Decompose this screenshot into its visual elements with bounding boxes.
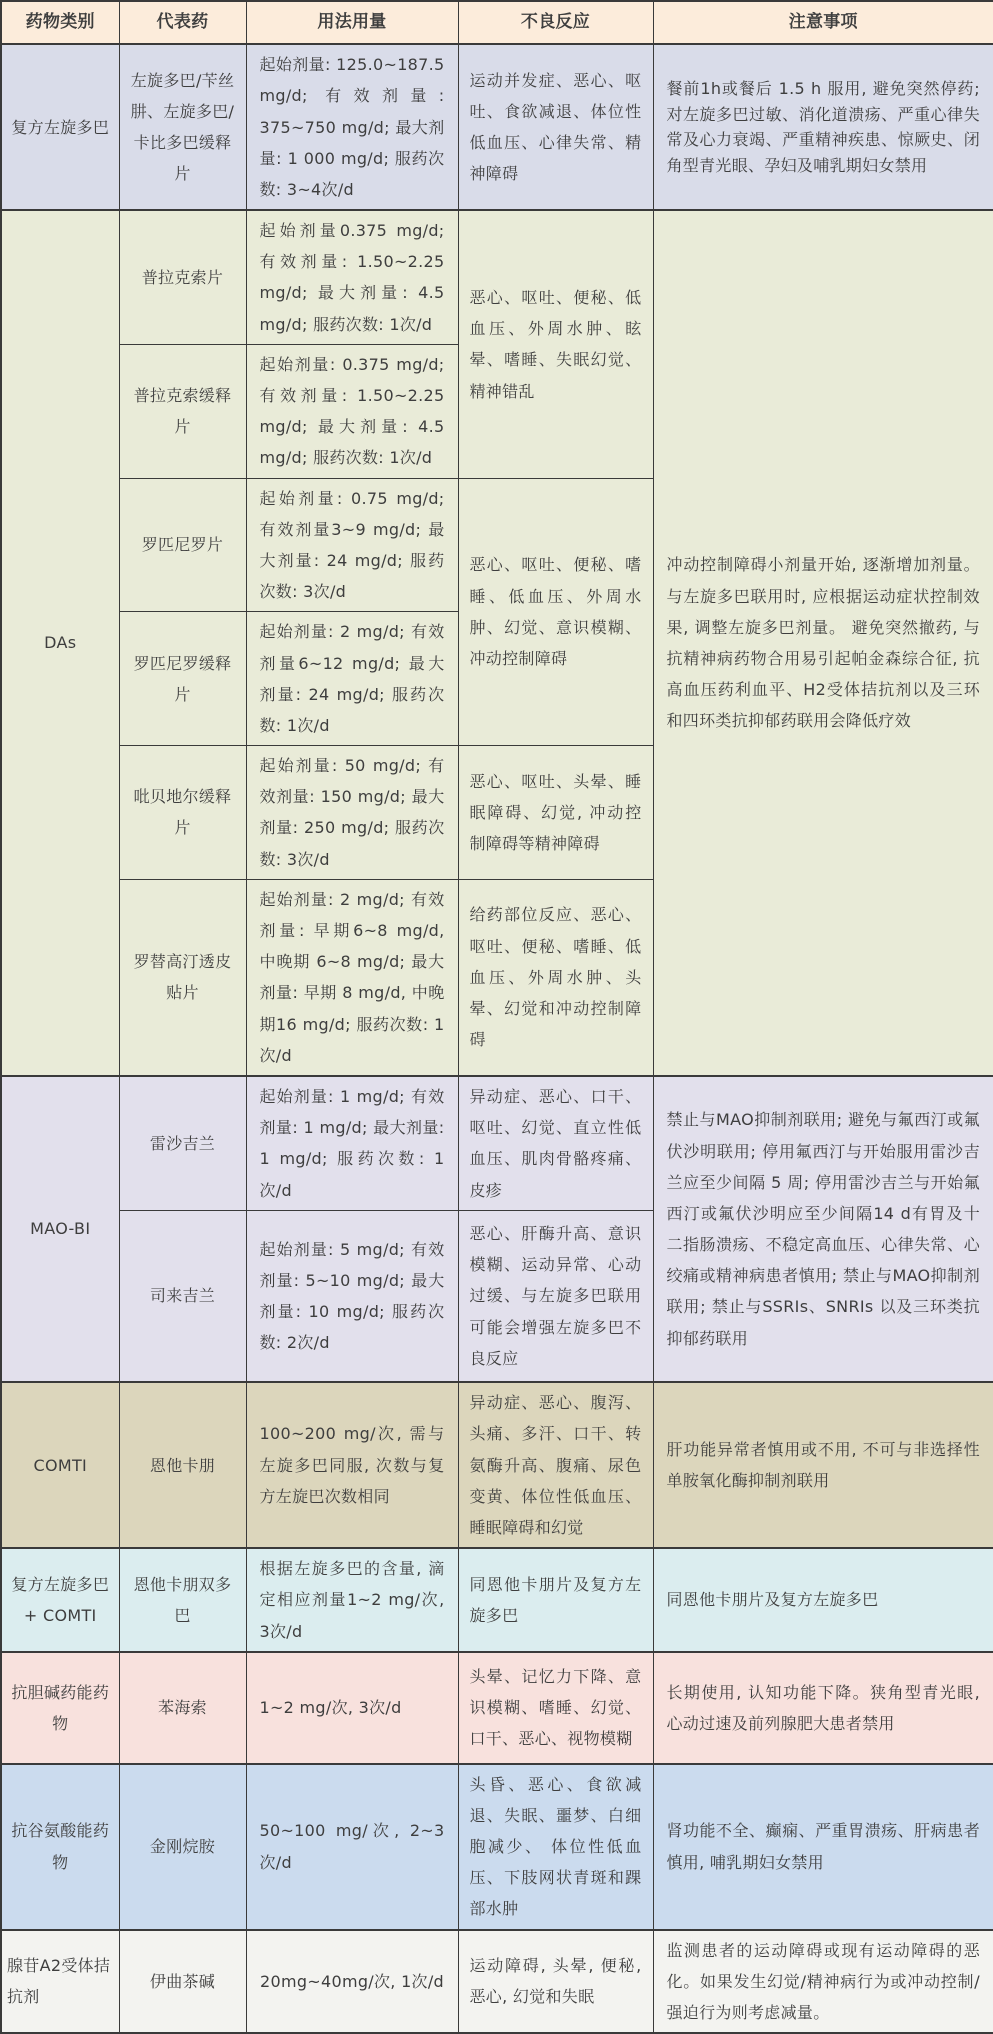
cell-anticholinergic-drug: 苯海索 (119, 1652, 246, 1764)
header-dosage: 用法用量 (246, 1, 458, 44)
cell-comti-category: COMTI (1, 1382, 119, 1548)
cell-antiglutamate-category: 抗谷氨酸能药物 (1, 1764, 119, 1930)
cell-das-pramipexole-er-name: 普拉克索缓释片 (119, 344, 246, 478)
header-category: 药物类别 (1, 1, 119, 44)
cell-levodopa-precautions: 餐前1h或餐后 1.5 h 服用, 避免突然停药; 对左旋多巴过敏、消化道溃疡、… (653, 44, 993, 210)
cell-das-rotigotine-adverse: 给药部位反应、恶心、呕吐、便秘、嗜睡、低血压、外周水肿、头晕、幻觉和冲动控制障碍 (458, 879, 653, 1076)
cell-das-piribedil-adverse: 恶心、呕吐、头晕、睡眠障碍、幻觉, 冲动控制障碍等精神障碍 (458, 746, 653, 880)
cell-das-pramipexole-adverse: 恶心、呕吐、便秘、低血压、外周水肿、眩晕、嗜睡、失眠幻觉、精神错乱 (458, 210, 653, 478)
cell-levodopa-adverse: 运动并发症、恶心、呕吐、食欲减退、体位性低血压、心律失常、精神障碍 (458, 44, 653, 210)
cell-antiglutamate-precautions: 肾功能不全、癫痫、严重胃溃疡、肝病患者慎用, 哺乳期妇女禁用 (653, 1764, 993, 1930)
row-adenosine: 腺苷A2受体拮抗剂 伊曲茶碱 20mg~40mg/次, 1次/d 运动障碍, 头… (1, 1930, 993, 2034)
cell-levodopa-comti-precautions: 同恩他卡朋片及复方左旋多巴 (653, 1548, 993, 1652)
cell-levodopa-dosage: 起始剂量: 125.0~187.5 mg/d; 有效剂量: 375~750 mg… (246, 44, 458, 210)
cell-antiglutamate-dosage: 50~100 mg/次, 2~3次/d (246, 1764, 458, 1930)
cell-maobi-category: MAO-BI (1, 1076, 119, 1382)
row-levodopa-comti: 复方左旋多巴+ COMTI 恩他卡朋双多巴 根据左旋多巴的含量, 滴定相应剂量1… (1, 1548, 993, 1652)
cell-antiglutamate-drug: 金刚烷胺 (119, 1764, 246, 1930)
cell-das-piribedil-dosage: 起始剂量: 50 mg/d; 有效剂量: 150 mg/d; 最大剂量: 250… (246, 746, 458, 880)
cell-levodopa-drug: 左旋多巴/苄丝肼、左旋多巴/卡比多巴缓释片 (119, 44, 246, 210)
table-header-row: 药物类别 代表药 用法用量 不良反应 注意事项 (1, 1, 993, 44)
cell-levodopa-comti-drug: 恩他卡朋双多巴 (119, 1548, 246, 1652)
cell-levodopa-comti-adverse: 同恩他卡朋片及复方左旋多巴 (458, 1548, 653, 1652)
cell-adenosine-category: 腺苷A2受体拮抗剂 (1, 1930, 119, 2034)
header-adverse: 不良反应 (458, 1, 653, 44)
cell-das-pramipexole-dosage: 起始剂量0.375 mg/d; 有效剂量: 1.50~2.25 mg/d; 最大… (246, 210, 458, 344)
cell-das-precautions: 冲动控制障碍小剂量开始, 逐渐增加剂量。与左旋多巴联用时, 应根据运动症状控制效… (653, 210, 993, 1076)
row-das-pramipexole: DAs 普拉克索片 起始剂量0.375 mg/d; 有效剂量: 1.50~2.2… (1, 210, 993, 344)
cell-das-category: DAs (1, 210, 119, 1076)
cell-adenosine-precautions: 监测患者的运动障碍或现有运动障碍的恶化。如果发生幻觉/精神病行为或冲动控制/强迫… (653, 1930, 993, 2034)
row-antiglutamate: 抗谷氨酸能药物 金刚烷胺 50~100 mg/次, 2~3次/d 头昏、恶心、食… (1, 1764, 993, 1930)
cell-maobi-precautions: 禁止与MAO抑制剂联用; 避免与氟西汀或氟伏沙明联用; 停用氟西汀与开始服用雷沙… (653, 1076, 993, 1382)
row-comti: COMTI 恩他卡朋 100~200 mg/次, 需与左旋多巴同服, 次数与复方… (1, 1382, 993, 1548)
cell-maobi-selegiline-dosage: 起始剂量: 5 mg/d; 有效剂量: 5~10 mg/d; 最大剂量: 10 … (246, 1210, 458, 1382)
cell-das-ropinirole-dosage: 起始剂量: 0.75 mg/d; 有效剂量3~9 mg/d; 最大剂量: 24 … (246, 478, 458, 612)
cell-das-rotigotine-name: 罗替高汀透皮贴片 (119, 879, 246, 1076)
cell-levodopa-comti-category: 复方左旋多巴+ COMTI (1, 1548, 119, 1652)
cell-das-ropinirole-adverse: 恶心、呕吐、便秘、嗜睡、低血压、外周水肿、幻觉、意识模糊、冲动控制障碍 (458, 478, 653, 746)
cell-anticholinergic-precautions: 长期使用, 认知功能下降。狭角型青光眼, 心动过速及前列腺肥大患者禁用 (653, 1652, 993, 1764)
cell-das-ropinirole-name: 罗匹尼罗片 (119, 478, 246, 612)
cell-adenosine-drug: 伊曲茶碱 (119, 1930, 246, 2034)
cell-comti-adverse: 异动症、恶心、腹泻、头痛、多汗、口干、转氨酶升高、腹痛、尿色变黄、体位性低血压、… (458, 1382, 653, 1548)
cell-adenosine-adverse: 运动障碍, 头晕, 便秘, 恶心, 幻觉和失眠 (458, 1930, 653, 2034)
cell-das-piribedil-name: 吡贝地尔缓释片 (119, 746, 246, 880)
row-anticholinergic: 抗胆碱药能药物 苯海索 1~2 mg/次, 3次/d 头晕、记忆力下降、意识模糊… (1, 1652, 993, 1764)
cell-maobi-rasagiline-name: 雷沙吉兰 (119, 1076, 246, 1210)
cell-maobi-rasagiline-dosage: 起始剂量: 1 mg/d; 有效剂量: 1 mg/d; 最大剂量: 1 mg/d… (246, 1076, 458, 1210)
cell-comti-precautions: 肝功能异常者慎用或不用, 不可与非选择性单胺氧化酶抑制剂联用 (653, 1382, 993, 1548)
cell-das-pramipexole-name: 普拉克索片 (119, 210, 246, 344)
cell-anticholinergic-dosage: 1~2 mg/次, 3次/d (246, 1652, 458, 1764)
cell-das-ropinirole-er-name: 罗匹尼罗缓释片 (119, 612, 246, 746)
cell-levodopa-comti-dosage: 根据左旋多巴的含量, 滴定相应剂量1~2 mg/次, 3次/d (246, 1548, 458, 1652)
cell-levodopa-category: 复方左旋多巴 (1, 44, 119, 210)
cell-comti-dosage: 100~200 mg/次, 需与左旋多巴同服, 次数与复方左旋巴次数相同 (246, 1382, 458, 1548)
cell-das-rotigotine-dosage: 起始剂量: 2 mg/d; 有效剂量: 早期6~8 mg/d, 中晚期 6~8 … (246, 879, 458, 1076)
cell-maobi-rasagiline-adverse: 异动症、恶心、口干、呕吐、幻觉、直立性低血压、肌肉骨骼疼痛、皮疹 (458, 1076, 653, 1210)
header-precautions: 注意事项 (653, 1, 993, 44)
cell-anticholinergic-adverse: 头晕、记忆力下降、意识模糊、嗜睡、幻觉、口干、恶心、视物模糊 (458, 1652, 653, 1764)
row-levodopa: 复方左旋多巴 左旋多巴/苄丝肼、左旋多巴/卡比多巴缓释片 起始剂量: 125.0… (1, 44, 993, 210)
cell-comti-drug: 恩他卡朋 (119, 1382, 246, 1548)
row-maobi-rasagiline: MAO-BI 雷沙吉兰 起始剂量: 1 mg/d; 有效剂量: 1 mg/d; … (1, 1076, 993, 1210)
cell-maobi-selegiline-adverse: 恶心、肝酶升高、意识模糊、运动异常、心动过缓、与左旋多巴联用可能会增强左旋多巴不… (458, 1210, 653, 1382)
cell-anticholinergic-category: 抗胆碱药能药物 (1, 1652, 119, 1764)
cell-das-pramipexole-er-dosage: 起始剂量: 0.375 mg/d; 有效剂量: 1.50~2.25 mg/d; … (246, 344, 458, 478)
header-drug: 代表药 (119, 1, 246, 44)
cell-maobi-selegiline-name: 司来吉兰 (119, 1210, 246, 1382)
cell-antiglutamate-adverse: 头昏、恶心、食欲减退、失眠、噩梦、白细胞减少、 体位性低血压、下肢网状青斑和踝部… (458, 1764, 653, 1930)
medication-table: 药物类别 代表药 用法用量 不良反应 注意事项 复方左旋多巴 左旋多巴/苄丝肼、… (0, 0, 993, 2034)
cell-adenosine-dosage: 20mg~40mg/次, 1次/d (246, 1930, 458, 2034)
cell-das-ropinirole-er-dosage: 起始剂量: 2 mg/d; 有效剂量6~12 mg/d; 最大剂量: 24 mg… (246, 612, 458, 746)
